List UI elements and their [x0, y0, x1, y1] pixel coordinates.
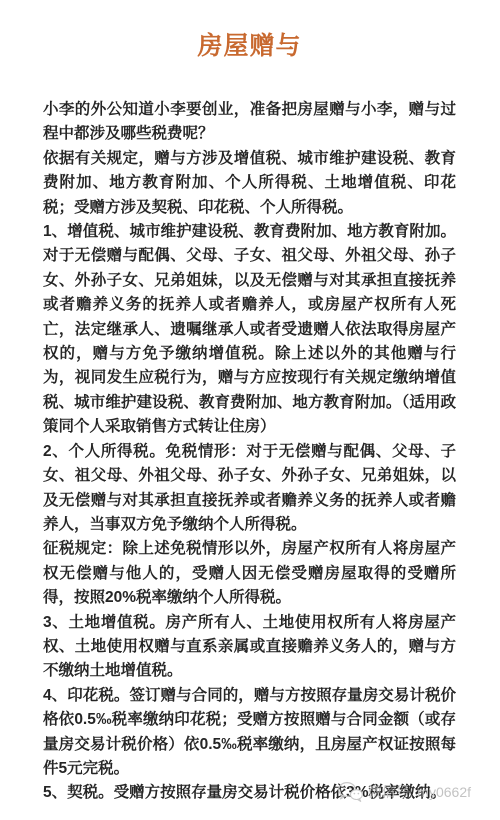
article-paragraph: 征税规定：除上述免税情形以外，房屋产权所有人将房屋产权无偿赠与他人的，受赠人因无…	[43, 537, 456, 610]
article: 房屋赠与 小李的外公知道小李要创业，准备把房屋赠与小李，赠与过程中都涉及哪些税费…	[0, 26, 500, 806]
wechat-icon	[337, 781, 363, 803]
wechat-footer: 微信号: my0662f	[337, 781, 471, 803]
article-paragraph: 小李的外公知道小李要创业，准备把房屋赠与小李，赠与过程中都涉及哪些税费呢？	[43, 98, 456, 147]
wechat-id-label: 微信号: my0662f	[368, 782, 471, 802]
article-paragraph: 依据有关规定，赠与方涉及增值税、城市维护建设税、教育费附加、地方教育附加、个人所…	[43, 147, 456, 220]
article-body: 小李的外公知道小李要创业，准备把房屋赠与小李，赠与过程中都涉及哪些税费呢？ 依据…	[43, 98, 456, 806]
article-paragraph: 4、印花税。签订赠与合同的，赠与方按照存量房交易计税价格依0.5‰税率缴纳印花税…	[43, 684, 456, 782]
article-page: { "page": { "title": "房屋赠与" }, "article"…	[0, 0, 500, 820]
page-title: 房屋赠与	[43, 26, 456, 62]
article-paragraph: 2、个人所得税。免税情形：对于无偿赠与配偶、父母、子女、祖父母、外祖父母、孙子女…	[43, 440, 456, 538]
article-paragraph: 3、土地增值税。房产所有人、土地使用权所有人将房屋产权、土地使用权赠与直系亲属或…	[43, 611, 456, 684]
article-paragraph: 1、增值税、城市维护建设税、教育费附加、地方教育附加。对于无偿赠与配偶、父母、子…	[43, 220, 456, 440]
